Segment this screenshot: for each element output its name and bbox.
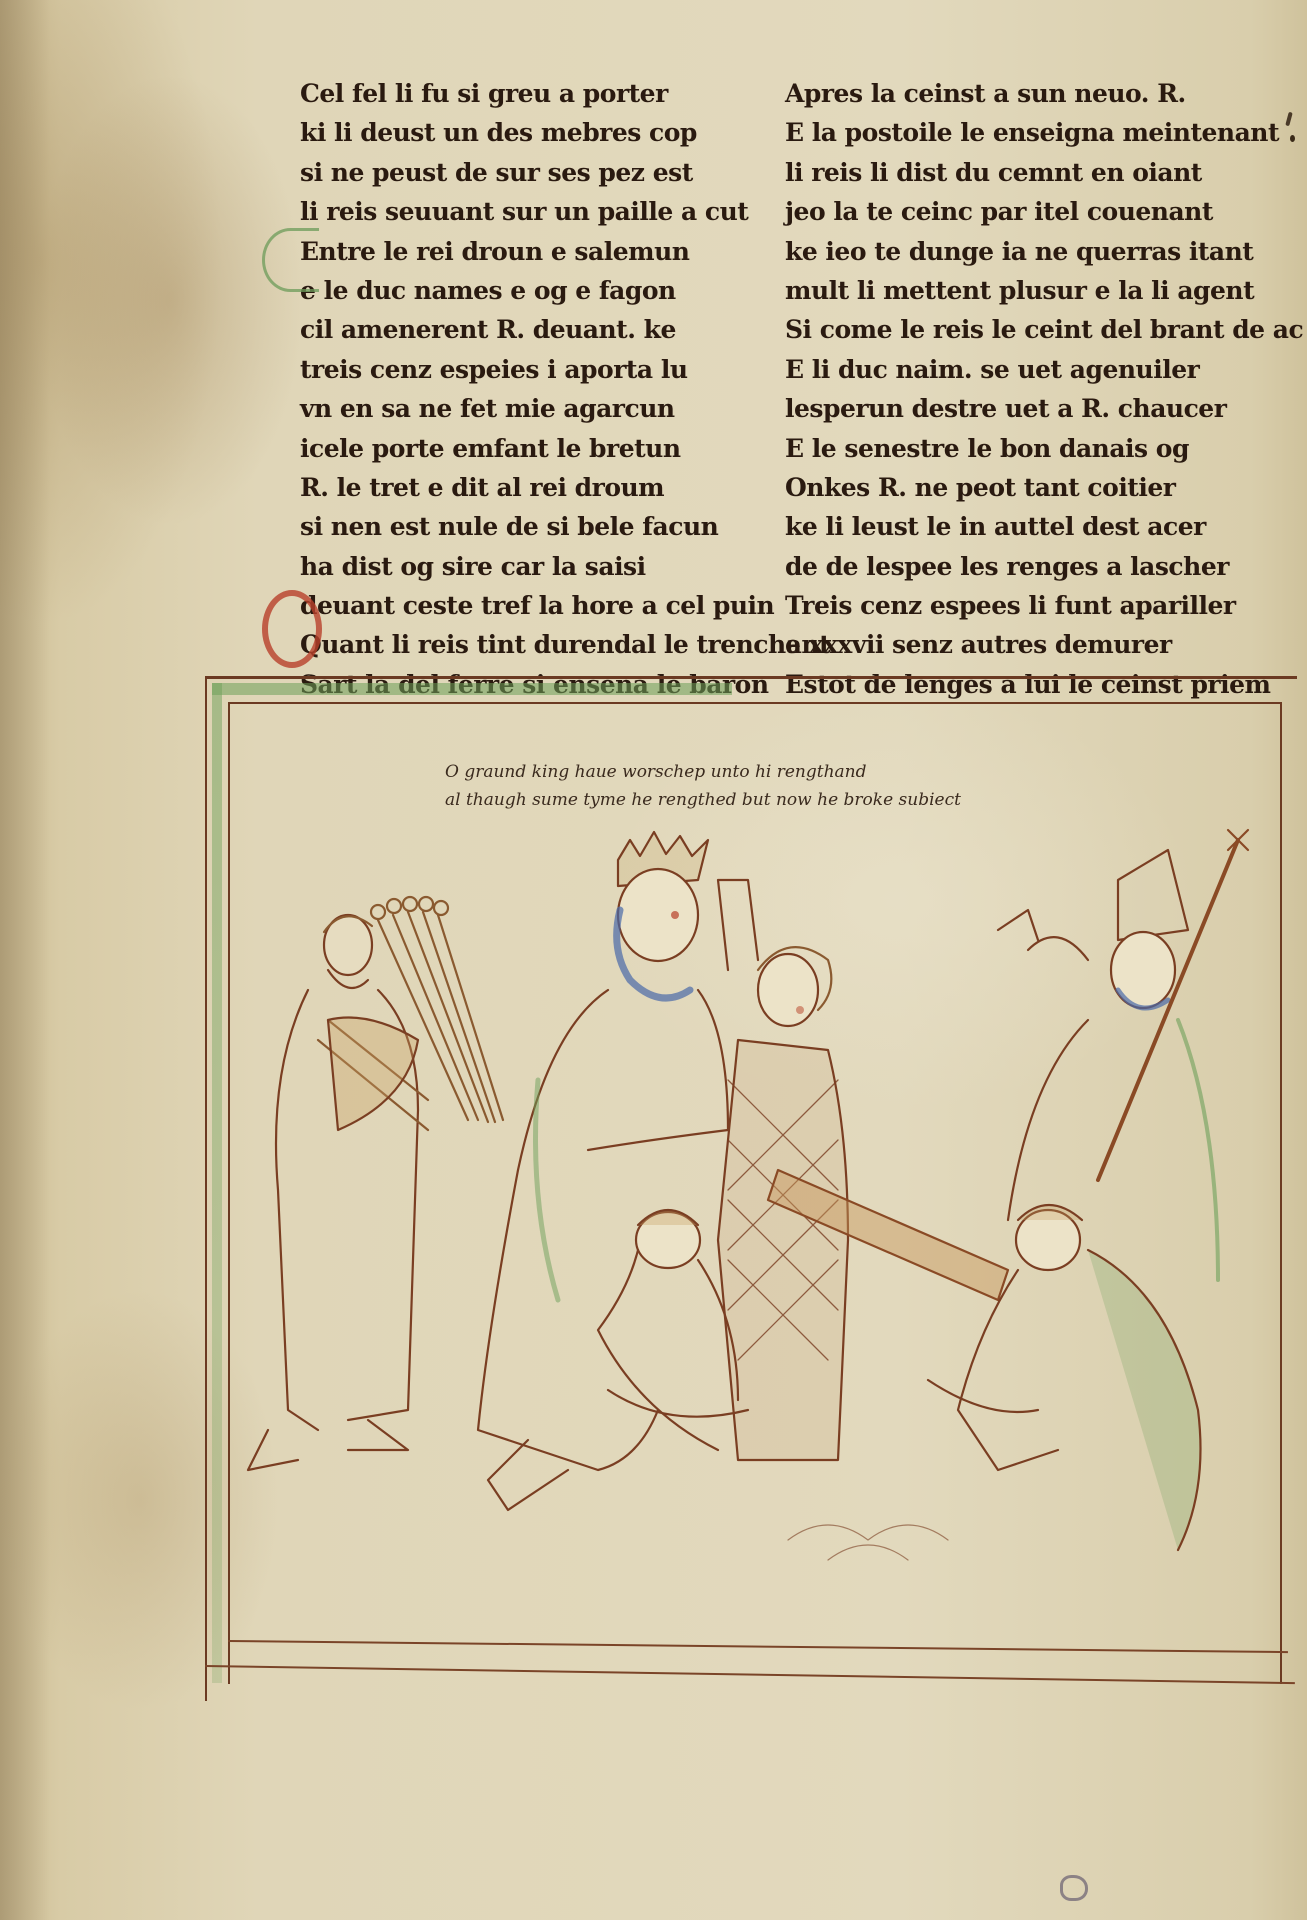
text-line: si nen est nule de si bele facun xyxy=(300,507,770,546)
frame-green-wash-left xyxy=(212,683,222,1683)
text-line: li reis li dist du cemnt en oiant xyxy=(785,153,1265,192)
text-line: e xxxvii senz autres demurer xyxy=(785,625,1265,664)
knight-figure xyxy=(718,880,1008,1460)
left-text-column: Cel fel li fu si greu a porter ki li deu… xyxy=(300,74,770,704)
text-line: E le senestre le bon danais og xyxy=(785,429,1265,468)
text-line: deuant ceste tref la hore a cel puin xyxy=(300,586,770,625)
margin-dot xyxy=(1290,135,1295,142)
text-line: vn en sa ne fet mie agarcun xyxy=(300,389,770,428)
annotation-line: O graund king haue worschep unto hi reng… xyxy=(445,758,1285,786)
text-line: li reis seuuant sur un paille a cut xyxy=(300,192,770,231)
text-line: jeo la te ceinc par itel couenant xyxy=(785,192,1265,231)
text-line: Si come le reis le ceint del brant de ac xyxy=(785,310,1265,349)
servant-figure xyxy=(248,897,503,1470)
text-line: e le duc names e og e fagon xyxy=(300,271,770,310)
text-line: de de lespee les renges a lascher xyxy=(785,547,1265,586)
red-initial-q xyxy=(262,590,322,668)
text-line: E li duc naim. se uet agenuiler xyxy=(785,350,1265,389)
text-line: icele porte emfant le bretun xyxy=(300,429,770,468)
text-line: cil amenerent R. deuant. ke xyxy=(300,310,770,349)
text-line: ha dist og sire car la saisi xyxy=(300,547,770,586)
annotation-line: al thaugh sume tyme he rengthed but now … xyxy=(445,786,1285,814)
text-line: mult li mettent plusur e la li agent xyxy=(785,271,1265,310)
text-line: lesperun destre uet a R. chaucer xyxy=(785,389,1265,428)
marginal-annotation: O graund king haue worschep unto hi reng… xyxy=(445,758,1285,814)
binding-edge xyxy=(0,0,50,1920)
text-line: ki li deust un des mebres cop xyxy=(300,113,770,152)
right-text-column: Apres la ceinst a sun neuo. R. E la post… xyxy=(785,74,1265,704)
text-line: R. le tret e dit al rei droum xyxy=(300,468,770,507)
text-line: si ne peust de sur ses pez est xyxy=(300,153,770,192)
text-line: Entre le rei droun e salemun xyxy=(300,232,770,271)
text-line: ke li leust le in auttel dest acer xyxy=(785,507,1265,546)
king-figure xyxy=(478,832,728,1510)
text-line: Treis cenz espees li funt apariller xyxy=(785,586,1265,625)
text-line: treis cenz espeies i aporta lu xyxy=(300,350,770,389)
frame-green-wash-top xyxy=(212,683,732,695)
text-line: ke ieo te dunge ia ne querras itant xyxy=(785,232,1265,271)
text-line: E la postoile le enseigna meintenant xyxy=(785,113,1265,152)
text-line: Quant li reis tint durendal le trenchant xyxy=(300,625,770,664)
stamp-mark xyxy=(1060,1875,1088,1901)
crowning-illustration xyxy=(228,820,1288,1680)
text-line: Cel fel li fu si greu a porter xyxy=(300,74,770,113)
green-initial-e xyxy=(262,228,319,292)
text-line: Onkes R. ne peot tant coitier xyxy=(785,468,1265,507)
text-line: Apres la ceinst a sun neuo. R. xyxy=(785,74,1265,113)
